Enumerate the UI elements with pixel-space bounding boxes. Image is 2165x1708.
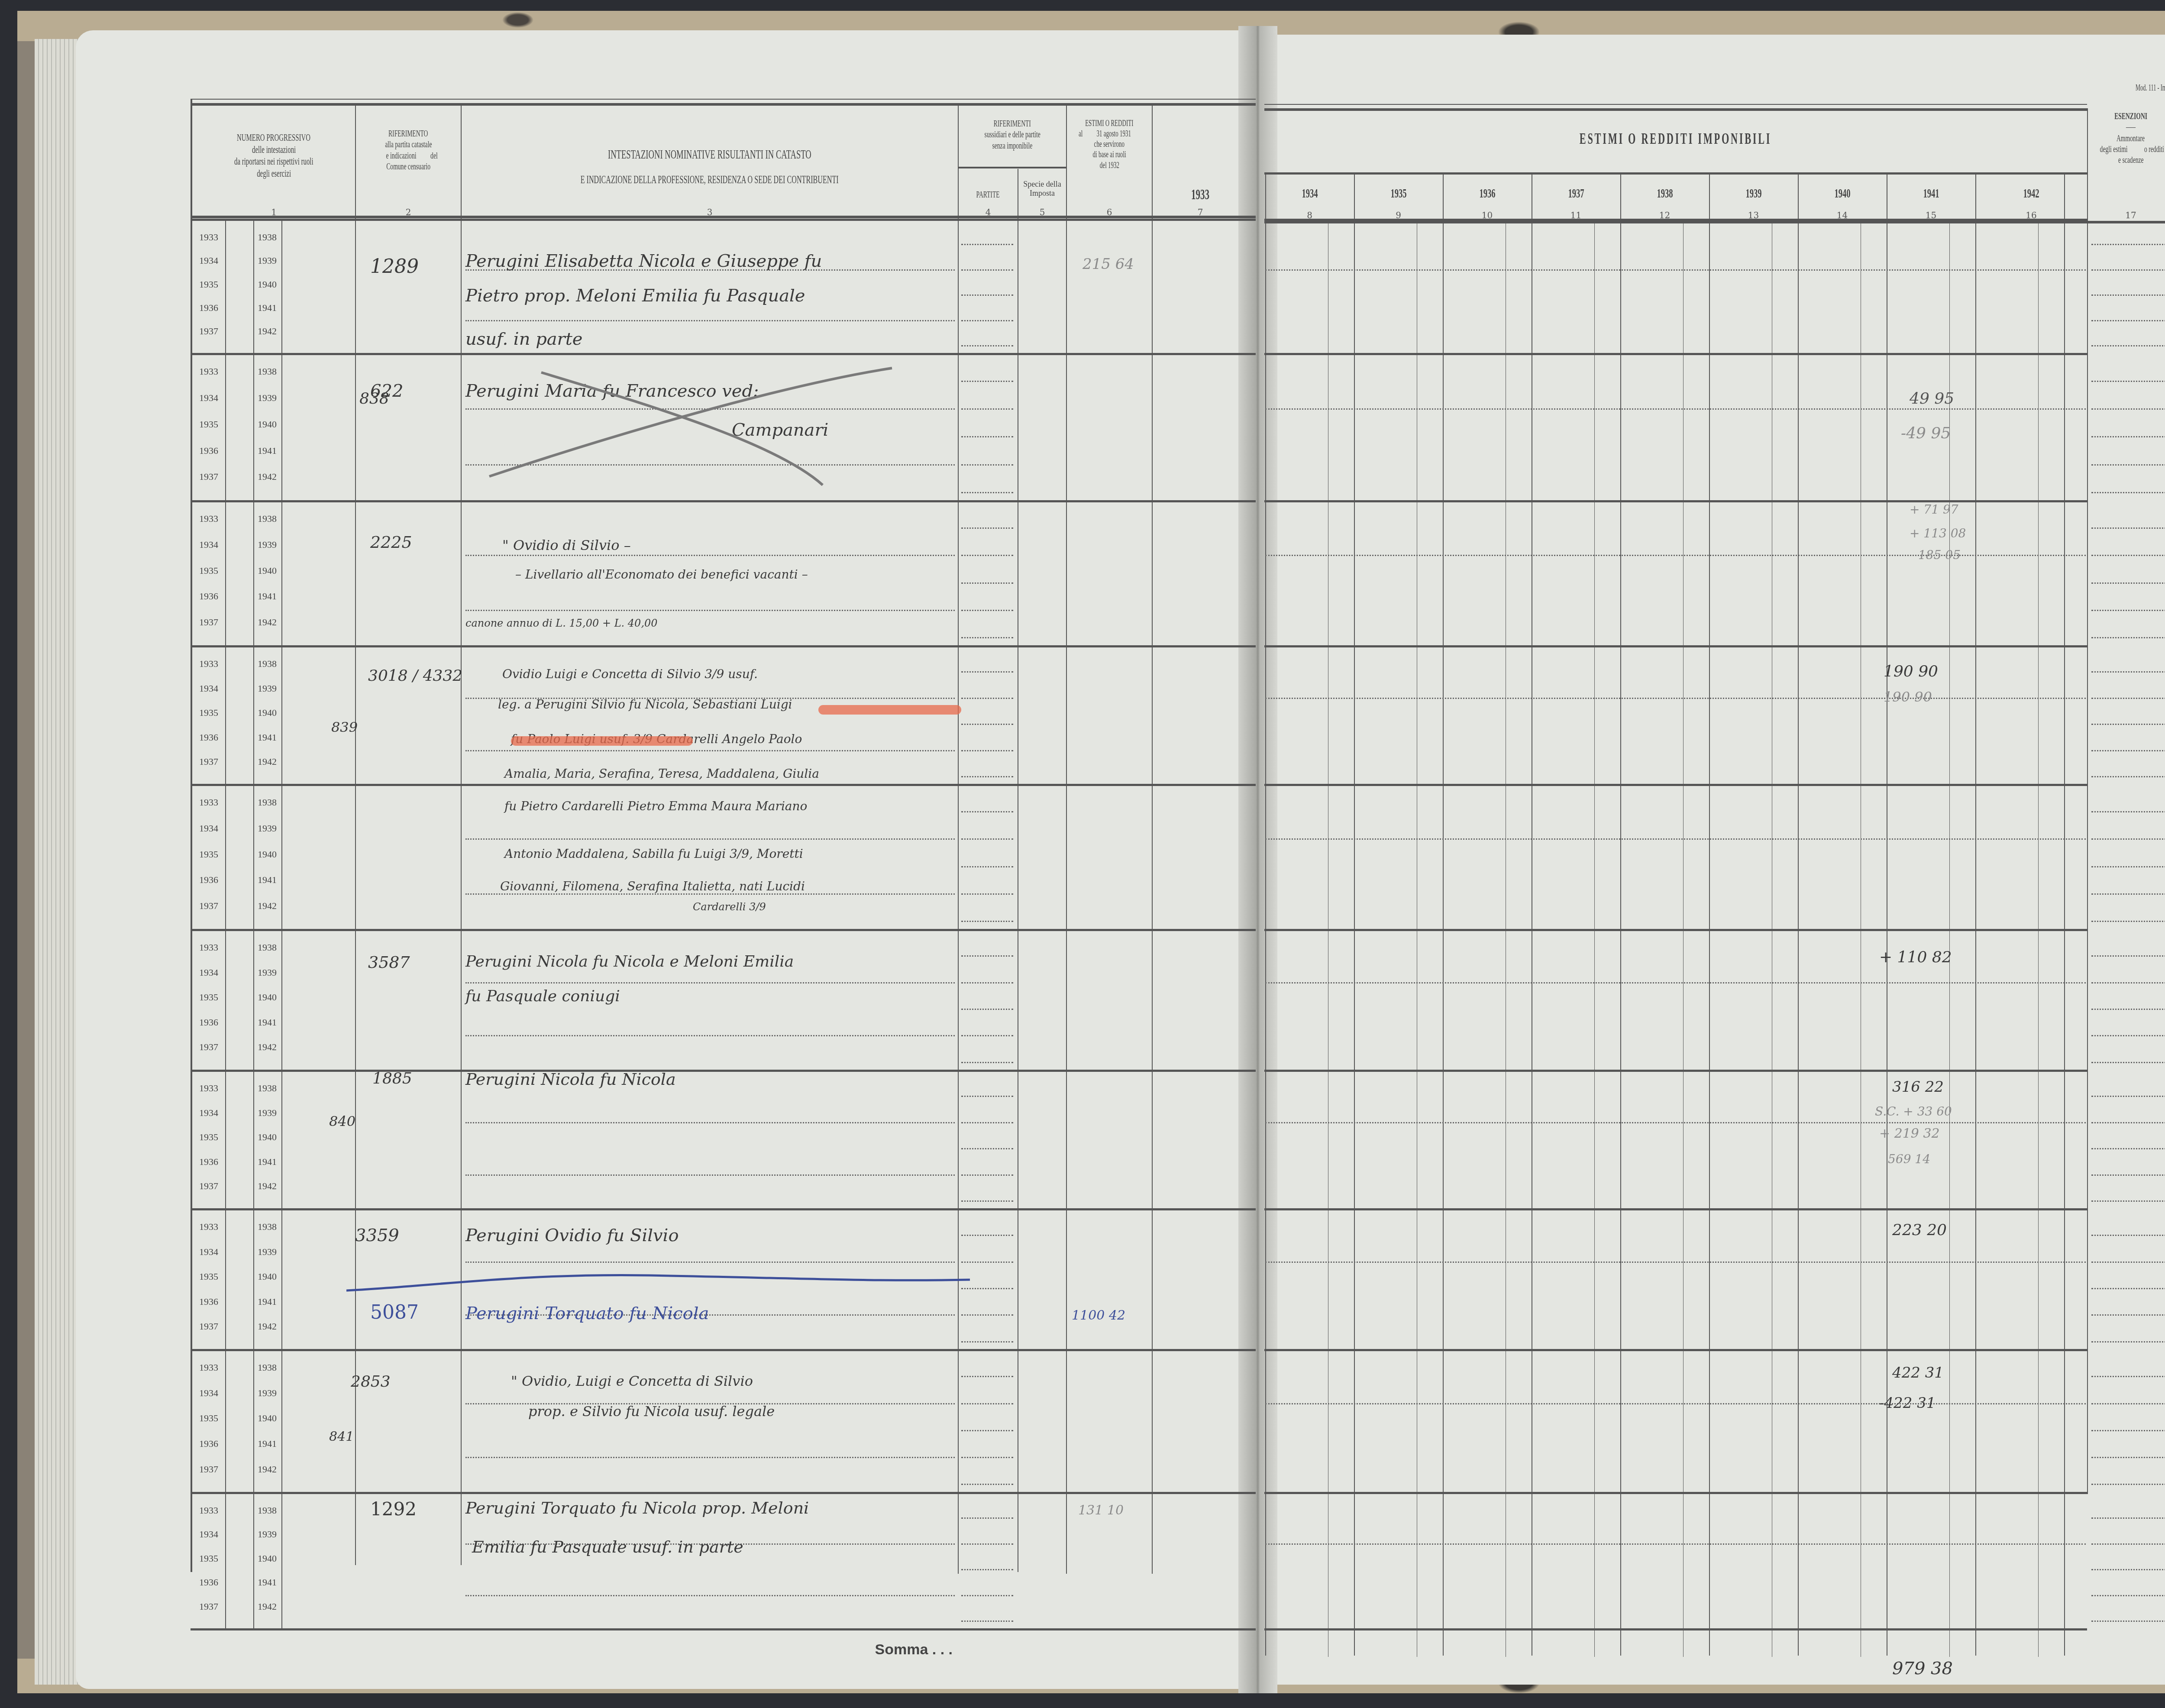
grid-line [2091,1517,2165,1519]
grid-line [2091,345,2165,346]
entry-text: Perugini Nicola fu Nicola e Meloni Emili… [465,953,794,970]
grid-line [2038,223,2039,1657]
row-separator [191,929,1256,931]
grid-line [2091,1062,2165,1063]
year-label: 1941 [258,874,277,886]
grid-line [961,244,1013,245]
col3-number: 3 [462,207,958,217]
grid-line [1506,223,1506,1657]
year-label: 1934 [199,539,218,550]
grid-line [961,1517,1013,1519]
year-label: 1938 [258,1362,277,1373]
value-1941: 422 31 [1892,1364,1944,1381]
year-label: 1941 [258,591,277,602]
grid-line [961,1621,1013,1622]
year-label: 1941 [258,1156,277,1168]
year-1941: 1941 [1887,186,1975,201]
grid-line [465,982,955,983]
entry-text: Pietro prop. Meloni Emilia fu Pasquale [465,286,805,306]
year-label: 1937 [199,471,218,482]
grid-line [1798,175,1799,1656]
grid-line [1417,223,1417,1657]
grid-line [2091,838,2165,840]
year-label: 1938 [258,232,277,243]
year-label: 1942 [258,326,277,337]
grid-line [961,838,1013,840]
entry-text: Perugini Torquato fu Nicola [465,1304,709,1323]
col3-header: INTESTAZIONI NOMINATIVE RISULTANTI IN CA… [462,147,958,162]
year-label: 1942 [258,900,277,912]
grid-line [961,610,1013,611]
year-label: 1942 [258,1321,277,1332]
grid-line [961,464,1013,466]
year-1935: 1935 [1354,186,1443,201]
year-label: 1936 [199,591,218,602]
row-separator [1264,219,2087,221]
entry-text: fu Pietro Cardarelli Pietro Emma Maura M… [504,799,807,813]
year-label: 1942 [258,1181,277,1192]
grid-line [2091,1200,2165,1202]
col4-header: PARTITE [959,189,1018,200]
year-label: 1935 [199,1132,218,1143]
row-separator [1264,1070,2087,1072]
grid-line [961,637,1013,638]
value-1941: 569 14 [1888,1152,1930,1166]
year-label: 1939 [258,1107,277,1119]
year-label: 1939 [258,967,277,978]
year-label: 1941 [258,1438,277,1449]
grid-line [1265,1122,2086,1123]
red-strikethrough [818,705,961,715]
year-label: 1941 [258,445,277,456]
year-label: 1936 [199,1438,218,1449]
year-label: 1934 [199,392,218,404]
value-1941: S.C. + 33 60 [1875,1104,1952,1119]
grid-line [2091,1148,2165,1149]
grid-line [1265,1262,2086,1263]
entry-text: leg. a Perugini Silvio fu Nicola, Sebast… [498,697,792,712]
grid-line [1683,223,1684,1657]
value-1941: + 110 82 [1879,948,1952,966]
col6-number: 6 [1067,207,1152,217]
year-label: 1933 [199,942,218,953]
grid-line [1265,982,2086,983]
grid-line [2091,294,2165,296]
year-label: 1937 [199,1601,218,1612]
grid-line [961,921,1013,922]
grid-line [2091,582,2165,584]
grid-line [961,1341,1013,1342]
year-label: 1935 [199,279,218,290]
grid-line [961,866,1013,867]
grid-line [2091,637,2165,638]
grid-line [961,1096,1013,1097]
grid-line [1772,223,1772,1657]
grid-line [2091,1457,2165,1458]
grid-line [961,724,1013,725]
year-label: 1940 [258,279,277,290]
grid-line [2091,1484,2165,1485]
year-label: 1936 [199,732,218,743]
col4-number: 4 [959,207,1018,217]
grid-line [1861,223,1861,1657]
entry-partita: 1292 [370,1498,417,1520]
grid-line [961,1403,1013,1404]
cross-out-mark [476,359,909,489]
year-label: 1936 [199,1296,218,1307]
year-label: 1939 [258,1529,277,1540]
grid-line [2091,1376,2165,1377]
year-label: 1937 [199,1321,218,1332]
entry-estimo-1931: 1100 42 [1072,1308,1125,1323]
year-label: 1935 [199,849,218,860]
grid-line [961,955,1013,957]
entry-text: Ovidio Luigi e Concetta di Silvio 3/9 us… [502,667,758,681]
grid-line [961,671,1013,673]
grid-line [2091,866,2165,867]
col3-subtitle: E INDICAZIONE DELLA PROFESSIONE, RESIDEN… [462,173,958,186]
grid-line [2064,175,2065,1656]
total-1941: 979 38 [1892,1659,1953,1679]
grid-line [2091,464,2165,466]
value-1941: 190 90 [1884,663,1938,680]
grid-line [1265,408,2086,410]
grid-line [465,1035,955,1036]
row-separator [191,219,1256,221]
year-label: 1934 [199,683,218,694]
entry-text: – Livellario all'Economato dei benefici … [515,567,808,582]
row-separator [1264,1628,2087,1630]
grid-line [2091,811,2165,812]
grid-line [961,893,1013,895]
grid-line [2091,698,2165,699]
year-label: 1933 [199,658,218,670]
year-label: 1936 [199,1017,218,1028]
grid-line [961,408,1013,410]
year-label: 1937 [199,617,218,628]
grid-line [2091,1235,2165,1236]
grid-line [1975,175,1976,1656]
grid-line [961,1148,1013,1149]
year-label: 1938 [258,658,277,670]
year-label: 1933 [199,1221,218,1232]
grid-line [961,492,1013,493]
year-label: 1940 [258,849,277,860]
year-label: 1937 [199,756,218,767]
grid-line [961,582,1013,584]
year-label: 1936 [199,302,218,314]
value-1941: 316 22 [1892,1078,1944,1096]
year-1939: 1939 [1709,186,1798,201]
grid-line [1265,175,1266,1656]
entry-estimo-1931: 131 10 [1078,1503,1124,1518]
value-1941: + 71 97 [1910,502,1958,517]
entry-text: Perugini Elisabetta Nicola e Giuseppe fu [465,251,822,271]
grid-line [961,1174,1013,1176]
col2-number: 2 [356,207,461,217]
entry-text: Giovanni, Filomena, Serafina Italietta, … [500,879,805,893]
row-separator [191,353,1256,355]
grid-line [465,1457,955,1458]
value-1941: + 113 08 [1910,526,1966,540]
col2-header: RIFERIMENTO alla partita catastale e ind… [356,128,461,171]
row-separator [1264,645,2087,647]
grid-line [2091,527,2165,529]
year-label: 1940 [258,419,277,430]
grid-line [1532,175,1532,1656]
grid-line [961,1569,1013,1570]
year-label: 1933 [199,1083,218,1094]
grid-line [2091,671,2165,673]
grid-line [961,1200,1013,1202]
grid-line [465,1262,955,1263]
value-1941: + 219 32 [1879,1126,1940,1141]
grid-line [2091,1314,2165,1316]
value-1941: 223 20 [1892,1221,1947,1239]
col6-header: ESTIMI O REDDITI al 31 agosto 1931 che s… [1067,118,1152,170]
grid-line [1328,223,1328,1657]
grid-line [2091,1595,2165,1596]
year-label: 1939 [258,823,277,834]
year-label: 1934 [199,1107,218,1119]
value-1941: -49 95 [1901,424,1951,442]
year-label: 1935 [199,707,218,718]
year-1937: 1937 [1532,186,1620,201]
grid-line [961,1122,1013,1123]
grid-line [1354,175,1355,1656]
grid-line [2091,724,2165,725]
grid-line [2091,1569,2165,1570]
entry-text: fu Pasquale coniugi [465,987,620,1005]
col5-header: Specie della Imposta [1018,180,1066,197]
year-label: 1935 [199,1413,218,1424]
grid-line [961,750,1013,751]
year-1934: 1934 [1265,186,1354,201]
grid-line [2091,1403,2165,1404]
grid-line [1887,175,1887,1656]
year-label: 1941 [258,302,277,314]
grid-line [2091,1262,2165,1263]
row-separator [1264,1349,2087,1351]
grid-line [1265,555,2086,556]
grid-line [2091,1341,2165,1342]
row-separator [1264,1492,2087,1494]
book-gutter [1238,26,1277,1693]
grid-line [2091,1035,2165,1036]
year-label: 1937 [199,326,218,337]
year-label: 1940 [258,1132,277,1143]
grid-line [2091,244,2165,245]
entry-partita: 1289 [370,256,419,278]
entry-text: Amalia, Maria, Serafina, Teresa, Maddale… [504,767,819,781]
value-1941: -422 31 [1879,1394,1936,1412]
grid-line [2091,982,2165,983]
grid-line [961,1062,1013,1063]
grid-line [961,1543,1013,1545]
grid-line [2091,750,2165,751]
grid-line [465,1595,955,1596]
entry-text: canone annuo di L. 15,00 + L. 40,00 [465,617,658,629]
year-1938: 1938 [1620,186,1709,201]
entry-side-ref: 839 [331,719,358,735]
year-label: 1940 [258,1413,277,1424]
grid-line [2091,408,2165,410]
year-label: 1940 [258,1271,277,1282]
year-label: 1933 [199,797,218,808]
grid-line [2091,1096,2165,1097]
grid-line [1265,698,2086,699]
year-label: 1940 [258,707,277,718]
grid-line [2091,436,2165,437]
year-1936: 1936 [1443,186,1532,201]
row-separator [191,1070,1256,1072]
year-label: 1935 [199,419,218,430]
entry-text: Perugini Nicola fu Nicola [465,1070,676,1089]
grid-line [465,838,955,840]
grid-line [1594,223,1595,1657]
row-separator [1264,500,2087,502]
grid-line [2091,955,2165,957]
entry-partita: 3359 [355,1226,399,1245]
entry-text: " Ovidio di Silvio – [502,537,631,553]
entry-text: prop. e Silvio fu Nicola usuf. legale [528,1403,775,1420]
row-separator [191,784,1256,786]
year-label: 1934 [199,255,218,266]
grid-line [1265,1543,2086,1545]
grid-line [281,219,282,1628]
year-label: 1935 [199,1271,218,1282]
grid-line [961,1262,1013,1263]
grid-line [961,1376,1013,1377]
row-separator [191,645,1256,647]
value-1941: 49 95 [1910,390,1954,408]
form-code: Mod. 111 - Imposte Dirette (Intercalare)… [2109,83,2165,93]
year-label: 1938 [258,797,277,808]
entry-partita: 3018 / 4332 [368,667,462,685]
row-separator [191,1628,1256,1630]
grid-line [2091,269,2165,271]
year-label: 1937 [199,900,218,912]
grid-line [2091,1009,2165,1010]
entry-text: Perugini Ovidio fu Silvio [465,1226,679,1245]
row-separator [1264,353,2087,355]
grid-line [2091,381,2165,382]
year-label: 1941 [258,1296,277,1307]
grid-line [2091,776,2165,777]
entry-text: Perugini Torquato fu Nicola prop. Meloni [465,1498,809,1517]
grid-line [961,776,1013,777]
col1-header: NUMERO PROGRESSIVO delle intestazioni da… [193,132,355,180]
entry-text: Antonio Maddalena, Sabilla fu Luigi 3/9,… [504,847,803,861]
grid-line [465,610,955,611]
grid-line [1443,175,1444,1656]
year-label: 1942 [258,1464,277,1475]
grid-line [2091,492,2165,493]
grid-line [2091,1122,2165,1123]
entry-partita: 2853 [351,1373,391,1391]
red-strikethrough [511,736,693,746]
col5-number: 5 [1018,207,1066,217]
year-label: 1938 [258,942,277,953]
grid-line [1265,838,2086,840]
grid-line [961,1009,1013,1010]
grid-line [2091,921,2165,922]
row-separator [1264,784,2087,786]
grid-line [961,345,1013,346]
summary-label: Somma . . . [823,1641,953,1658]
entry-partita: 1885 [372,1070,412,1087]
year-label: 1942 [258,756,277,767]
year-label: 1938 [258,1221,277,1232]
year-1940: 1940 [1798,186,1887,201]
row-separator [1264,929,2087,931]
year-label: 1935 [199,992,218,1003]
entry-partita: 2225 [370,533,412,552]
grid-line [961,1235,1013,1236]
grid-line [2091,555,2165,556]
grid-line [961,527,1013,529]
entry-estimo-1931: 215 64 [1082,256,1134,273]
grid-line [465,750,955,751]
grid-line [1265,1403,2086,1404]
year-label: 1933 [199,513,218,524]
col1-number: 1 [193,207,355,217]
grid-line [961,555,1013,556]
year-label: 1938 [258,513,277,524]
year-label: 1939 [258,255,277,266]
grid-line [2091,1288,2165,1289]
right-page [1258,35,2165,1685]
year-label: 1935 [199,1553,218,1564]
grid-line [961,436,1013,437]
year-label: 1939 [258,1246,277,1258]
grid-line [465,555,955,556]
row-separator [1264,1208,2087,1210]
grid-line [961,294,1013,296]
row-separator [191,1208,1256,1210]
grid-line [2091,610,2165,611]
year-label: 1936 [199,874,218,886]
value-1941: 185 05 [1918,548,1961,562]
year-label: 1934 [199,823,218,834]
year-label: 1935 [199,565,218,576]
entry-text: " Ovidio, Luigi e Concetta di Silvio [511,1373,753,1389]
year-label: 1939 [258,392,277,404]
year-label: 1942 [258,471,277,482]
year-label: 1937 [199,1464,218,1475]
year-label: 1939 [258,539,277,550]
grid-line [465,1174,955,1176]
entry-partita: 3587 [368,953,410,972]
grid-line [253,219,254,1628]
year-label: 1938 [258,366,277,377]
year-label: 1933 [199,1362,218,1373]
year-label: 1941 [258,732,277,743]
year-label: 1937 [199,1181,218,1192]
year-label: 1941 [258,1577,277,1588]
estimi-group-title: ESTIMI O REDDITI IMPONIBILI [1264,130,2087,148]
grid-line [1620,175,1621,1656]
entry-partita: 622 [370,381,403,401]
grid-line [961,381,1013,382]
blue-separator-line [346,1273,974,1299]
year-label: 1936 [199,1577,218,1588]
year-label: 1942 [258,1042,277,1053]
year-label: 1934 [199,967,218,978]
year-label: 1939 [258,683,277,694]
grid-line [1709,175,1710,1656]
grid-line [225,219,226,1628]
